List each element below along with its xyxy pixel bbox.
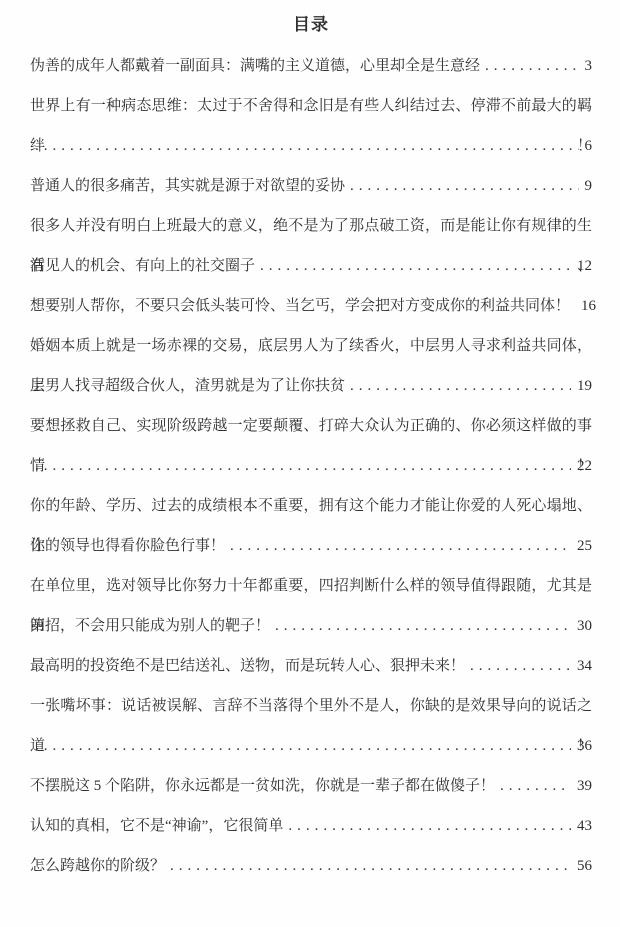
toc-entry-line: 四招，不会用只能成为别人的靶子！........................… <box>30 606 592 646</box>
page-number: 19 <box>577 366 592 406</box>
toc-entry: 不摆脱这 5 个陷阱，你永远都是一贫如洗，你就是一辈子都在做傻子！.......… <box>30 766 592 806</box>
toc-list: 伪善的成年人都戴着一副面具：满嘴的主义道德，心里却全是生意经..........… <box>30 46 592 886</box>
toc-entry-line: 不摆脱这 5 个陷阱，你永远都是一贫如洗，你就是一辈子都在做傻子！.......… <box>30 766 592 806</box>
toc-entry-text: 你的领导也得看你脸色行事！ <box>30 526 225 566</box>
toc-entry-line: ........................................… <box>30 446 592 486</box>
page-number: 3 <box>585 46 593 86</box>
toc-entry-text: 不摆脱这 5 个陷阱，你永远都是一贫如洗，你就是一辈子都在做傻子！ <box>30 766 495 806</box>
toc-entry-line: 一张嘴坏事：说话被误解、言辞不当落得个里外不是人，你缺的是效果导向的说话之道！ <box>30 686 592 726</box>
toc-entry-text: 世界上有一种病态思维：太过于不舍得和念旧是有些人纠结过去、停滞不前最大的羁绊！ <box>30 86 592 126</box>
toc-entry-line: 伪善的成年人都戴着一副面具：满嘴的主义道德，心里却全是生意经..........… <box>30 46 592 86</box>
toc-entry-line: 最高明的投资绝不是巴结送礼、送物，而是玩转人心、狠押未来！...........… <box>30 646 592 686</box>
document-page: 目录 伪善的成年人都戴着一副面具：满嘴的主义道德，心里却全是生意经.......… <box>0 0 620 927</box>
dot-leader: ........................................… <box>170 846 571 886</box>
page-number: 9 <box>585 166 593 206</box>
toc-entry-text: 在单位里，选对领导比你努力十年都重要，四招判断什么样的领导值得跟随，尤其是第 <box>30 566 592 606</box>
page-number: 43 <box>577 806 592 846</box>
toc-entry: 世界上有一种病态思维：太过于不舍得和念旧是有些人纠结过去、停滞不前最大的羁绊！.… <box>30 86 592 166</box>
page-title: 目录 <box>30 12 592 38</box>
toc-entry-line: 有见人的机会、有向上的社交圈子.........................… <box>30 246 592 286</box>
toc-entry-line: 层男人找寻超级合伙人，渣男就是为了让你扶贫...................… <box>30 366 592 406</box>
dot-leader: ........................................… <box>500 766 571 806</box>
toc-entry-text: 最高明的投资绝不是巴结送礼、送物，而是玩转人心、狠押未来！ <box>30 646 465 686</box>
dot-leader: ........................................… <box>288 806 571 846</box>
page-number: 22 <box>577 446 592 486</box>
toc-entry-line: 世界上有一种病态思维：太过于不舍得和念旧是有些人纠结过去、停滞不前最大的羁绊！ <box>30 86 592 126</box>
dot-leader: ........................................… <box>35 726 571 766</box>
toc-entry-line: 你的领导也得看你脸色行事！...........................… <box>30 526 592 566</box>
toc-entry-line: 你的年龄、学历、过去的成绩根本不重要，拥有这个能力才能让你爱的人死心塌地、让 <box>30 486 592 526</box>
toc-entry-line: ........................................… <box>30 126 592 166</box>
toc-entry-text: 普通人的很多痛苦，其实就是源于对欲望的妥协 <box>30 166 345 206</box>
dot-leader: ........................................… <box>275 606 571 646</box>
page-number: 56 <box>577 846 592 886</box>
toc-entry: 想要别人帮你，不要只会低头装可怜、当乞丐，学会把对方变成你的利益共同体！16 <box>30 286 592 326</box>
toc-entry: 在单位里，选对领导比你努力十年都重要，四招判断什么样的领导值得跟随，尤其是第四招… <box>30 566 592 646</box>
toc-entry-line: 要想拯救自己、实现阶级跨越一定要颠覆、打碎大众认为正确的、你必须这样做的事情！ <box>30 406 592 446</box>
toc-entry-line: 想要别人帮你，不要只会低头装可怜、当乞丐，学会把对方变成你的利益共同体！16 <box>30 286 592 326</box>
toc-entry-line: 认知的真相，它不是“神谕”，它很简单......................… <box>30 806 592 846</box>
page-number: 16 <box>581 286 596 326</box>
toc-entry: 普通人的很多痛苦，其实就是源于对欲望的妥协...................… <box>30 166 592 206</box>
toc-entry: 你的年龄、学历、过去的成绩根本不重要，拥有这个能力才能让你爱的人死心塌地、让你的… <box>30 486 592 566</box>
toc-entry-line: 普通人的很多痛苦，其实就是源于对欲望的妥协...................… <box>30 166 592 206</box>
toc-entry: 伪善的成年人都戴着一副面具：满嘴的主义道德，心里却全是生意经..........… <box>30 46 592 86</box>
toc-entry-line: 婚姻本质上就是一场赤裸的交易，底层男人为了续香火，中层男人寻求利益共同体，上 <box>30 326 592 366</box>
toc-entry-line: 很多人并没有明白上班最大的意义，绝不是为了那点破工资，而是能让你有规律的生活、 <box>30 206 592 246</box>
toc-entry-text: 要想拯救自己、实现阶级跨越一定要颠覆、打碎大众认为正确的、你必须这样做的事情！ <box>30 406 592 446</box>
page-number: 12 <box>577 246 592 286</box>
page-number: 25 <box>577 526 592 566</box>
page-number: 39 <box>577 766 592 806</box>
toc-entry-line: ........................................… <box>30 726 592 766</box>
toc-entry: 很多人并没有明白上班最大的意义，绝不是为了那点破工资，而是能让你有规律的生活、有… <box>30 206 592 286</box>
toc-entry: 怎么跨越你的阶级？...............................… <box>30 846 592 886</box>
toc-entry-text: 层男人找寻超级合伙人，渣男就是为了让你扶贫 <box>30 366 345 406</box>
toc-entry-text: 想要别人帮你，不要只会低头装可怜、当乞丐，学会把对方变成你的利益共同体！ <box>30 286 570 326</box>
toc-entry: 最高明的投资绝不是巴结送礼、送物，而是玩转人心、狠押未来！...........… <box>30 646 592 686</box>
dot-leader: ........................................… <box>230 526 571 566</box>
dot-leader: ........................................… <box>35 126 579 166</box>
toc-entry-text: 四招，不会用只能成为别人的靶子！ <box>30 606 270 646</box>
toc-entry: 婚姻本质上就是一场赤裸的交易，底层男人为了续香火，中层男人寻求利益共同体，上层男… <box>30 326 592 406</box>
page-number: 36 <box>577 726 592 766</box>
dot-leader: ........................................… <box>35 446 571 486</box>
dot-leader: ........................................… <box>350 366 571 406</box>
dot-leader: ........................................… <box>350 166 578 206</box>
toc-entry: 要想拯救自己、实现阶级跨越一定要颠覆、打碎大众认为正确的、你必须这样做的事情！.… <box>30 406 592 486</box>
toc-entry-line: 在单位里，选对领导比你努力十年都重要，四招判断什么样的领导值得跟随，尤其是第 <box>30 566 592 606</box>
toc-entry: 一张嘴坏事：说话被误解、言辞不当落得个里外不是人，你缺的是效果导向的说话之道！.… <box>30 686 592 766</box>
toc-entry-text: 认知的真相，它不是“神谕”，它很简单 <box>30 806 283 846</box>
toc-entry-text: 一张嘴坏事：说话被误解、言辞不当落得个里外不是人，你缺的是效果导向的说话之道！ <box>30 686 592 726</box>
toc-entry-line: 怎么跨越你的阶级？...............................… <box>30 846 592 886</box>
dot-leader: ........................................… <box>485 46 578 86</box>
toc-entry-text: 怎么跨越你的阶级？ <box>30 846 165 886</box>
toc-entry: 认知的真相，它不是“神谕”，它很简单......................… <box>30 806 592 846</box>
toc-entry-text: 伪善的成年人都戴着一副面具：满嘴的主义道德，心里却全是生意经 <box>30 46 480 86</box>
page-number: 6 <box>585 126 593 166</box>
dot-leader: ........................................… <box>260 246 571 286</box>
toc-entry-text: 很多人并没有明白上班最大的意义，绝不是为了那点破工资，而是能让你有规律的生活、 <box>30 206 592 246</box>
dot-leader: ........................................… <box>470 646 571 686</box>
page-number: 30 <box>577 606 592 646</box>
toc-entry-text: 你的年龄、学历、过去的成绩根本不重要，拥有这个能力才能让你爱的人死心塌地、让 <box>30 486 592 526</box>
toc-entry-text: 有见人的机会、有向上的社交圈子 <box>30 246 255 286</box>
page-number: 34 <box>577 646 592 686</box>
toc-entry-text: 婚姻本质上就是一场赤裸的交易，底层男人为了续香火，中层男人寻求利益共同体，上 <box>30 326 592 366</box>
